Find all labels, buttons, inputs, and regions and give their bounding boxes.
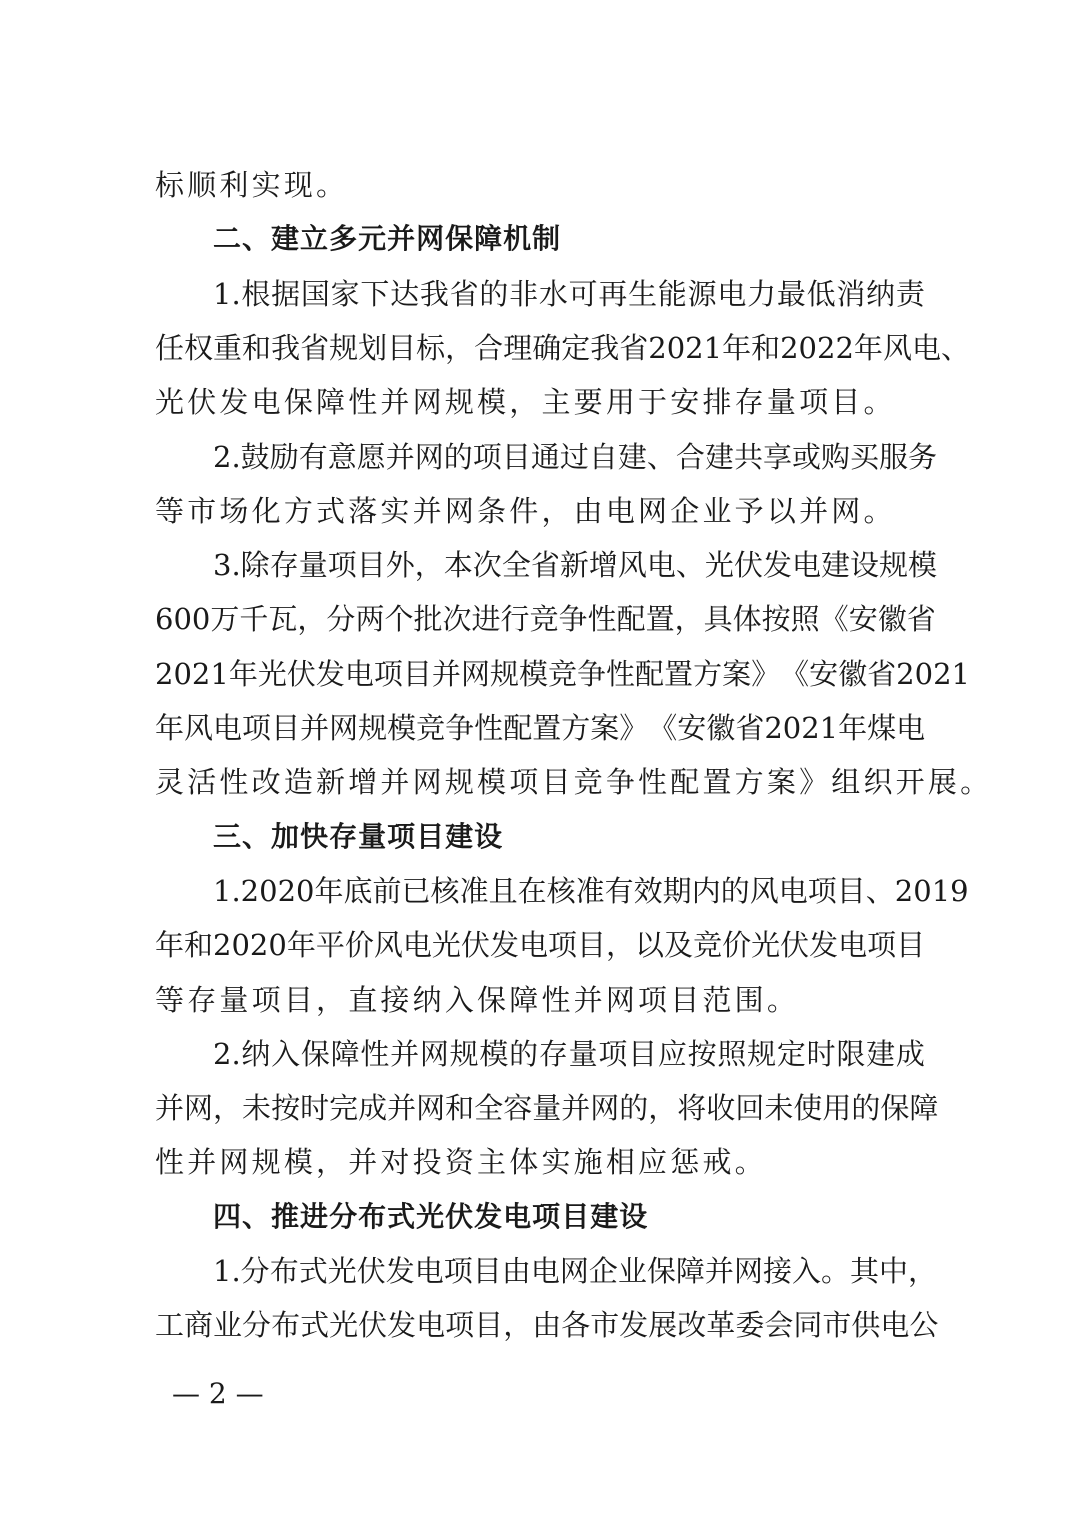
- text-line: 1.根据国家下达我省的非水可再生能源电力最低消纳责: [213, 274, 925, 314]
- text-line: 等市场化方式落实并网条件，由电网企业予以并网。: [155, 491, 925, 531]
- text-line: 年和2020年平价风电光伏发电项目，以及竞价光伏发电项目: [155, 925, 925, 965]
- text-line: 年风电项目并网规模竞争性配置方案》《安徽省2021年煤电: [155, 708, 925, 748]
- text-line: 600万千瓦，分两个批次进行竞争性配置，具体按照《安徽省: [155, 599, 925, 639]
- text-line: 2.纳入保障性并网规模的存量项目应按照规定时限建成: [213, 1034, 925, 1074]
- text-line: 3.除存量项目外，本次全省新增风电、光伏发电建设规模: [213, 545, 925, 585]
- text-line: 2.鼓励有意愿并网的项目通过自建、合建共享或购买服务: [213, 437, 925, 477]
- document-page: 标顺利实现。二、建立多元并网保障机制1.根据国家下达我省的非水可再生能源电力最低…: [0, 0, 1080, 1527]
- text-line: 并网，未按时完成并网和全容量并网的，将收回未使用的保障: [155, 1088, 925, 1128]
- page-number: — 2 —: [172, 1376, 264, 1412]
- text-line: 1.分布式光伏发电项目由电网企业保障并网接入。其中，: [213, 1251, 925, 1291]
- section-heading: 四、推进分布式光伏发电项目建设: [213, 1197, 648, 1237]
- text-line: 1.2020年底前已核准且在核准有效期内的风电项目、2019: [213, 871, 925, 911]
- text-line: 光伏发电保障性并网规模，主要用于安排存量项目。: [155, 382, 925, 422]
- section-heading: 二、建立多元并网保障机制: [213, 219, 561, 259]
- section-heading: 三、加快存量项目建设: [213, 817, 503, 857]
- text-line: 标顺利实现。: [155, 165, 925, 205]
- text-line: 任权重和我省规划目标，合理确定我省2021年和2022年风电、: [155, 328, 925, 368]
- text-line: 性并网规模，并对投资主体实施相应惩戒。: [155, 1142, 925, 1182]
- text-line: 等存量项目，直接纳入保障性并网项目范围。: [155, 980, 925, 1020]
- text-line: 灵活性改造新增并网规模项目竞争性配置方案》组织开展。: [155, 762, 925, 802]
- text-line: 工商业分布式光伏发电项目，由各市发展改革委会同市供电公: [155, 1305, 925, 1345]
- text-line: 2021年光伏发电项目并网规模竞争性配置方案》《安徽省2021: [155, 654, 925, 694]
